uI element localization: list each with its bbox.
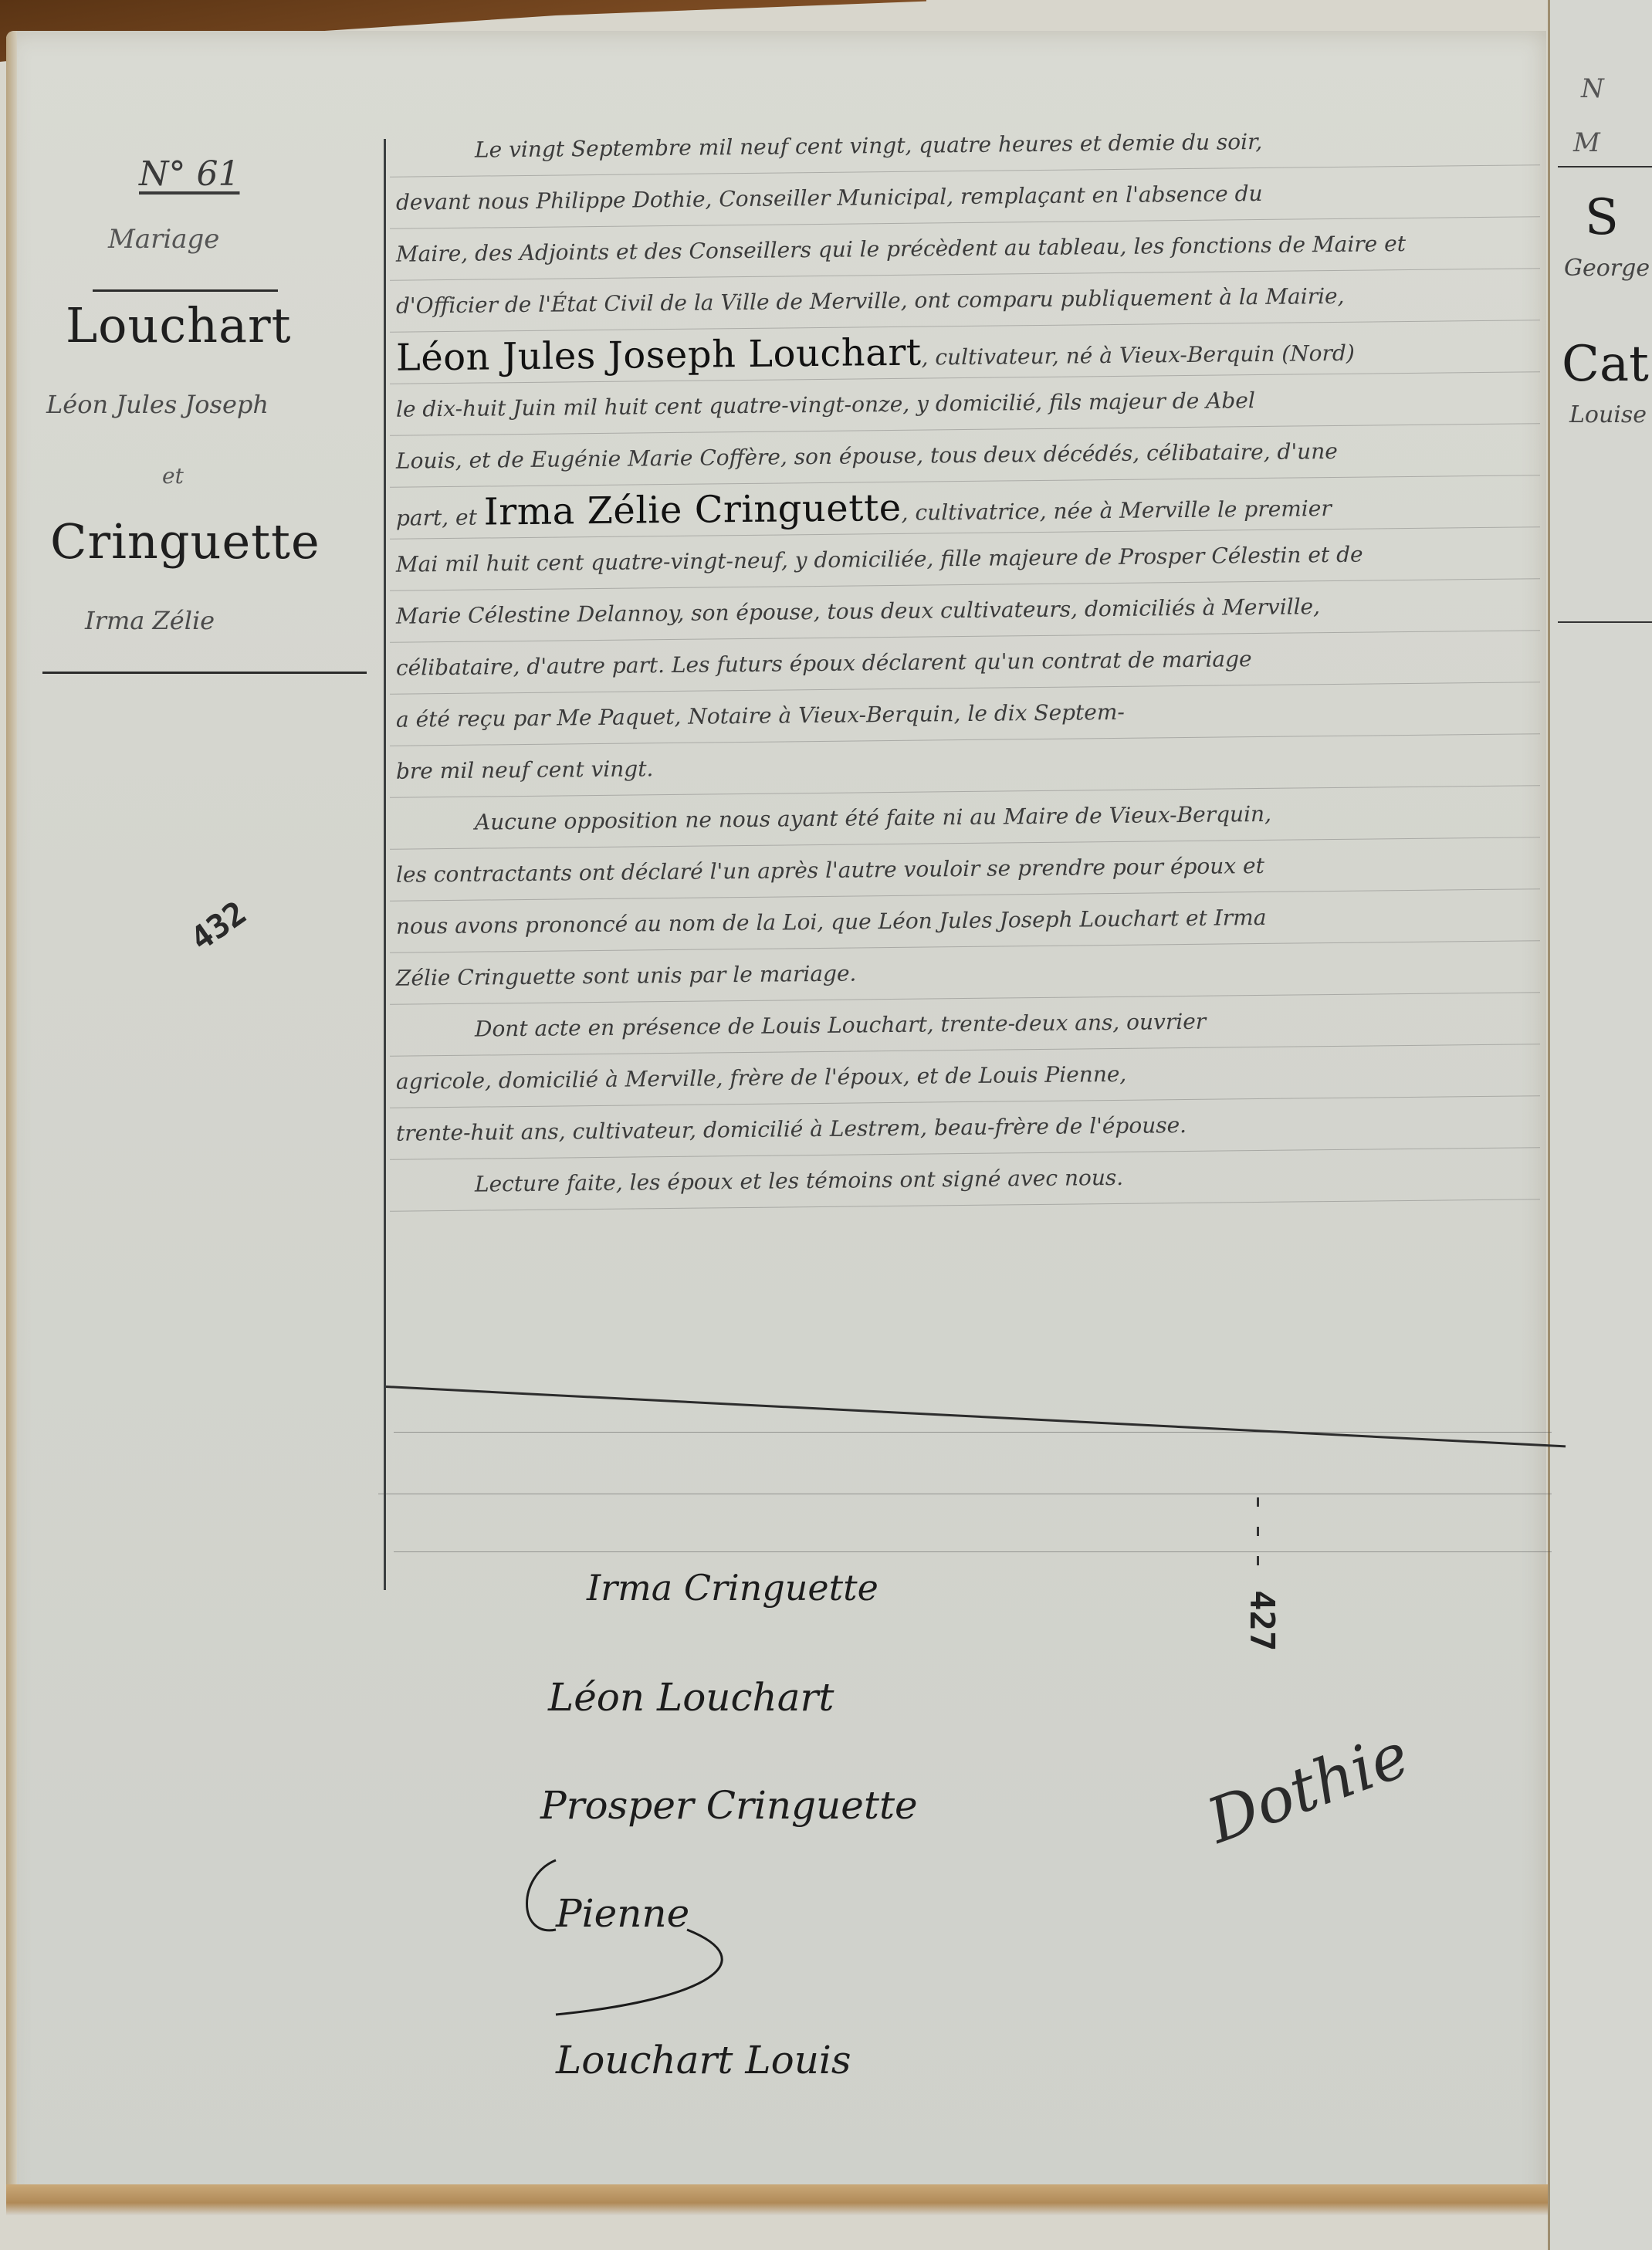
conjunction-et: et bbox=[162, 463, 184, 489]
signature-bride: Irma Cringuette bbox=[587, 1567, 878, 1609]
bride-details: , cultivatrice, née à Merville le premie… bbox=[902, 496, 1332, 526]
adjacent-given-fragment: George bbox=[1564, 255, 1650, 282]
entry-type: Mariage bbox=[108, 224, 219, 255]
adjacent-page-edge: N M S George Cat Louise bbox=[1548, 0, 1652, 2250]
bride-surname: Cringuette bbox=[50, 513, 320, 570]
adjacent-divider bbox=[1558, 166, 1652, 167]
groom-full-name: Léon Jules Joseph Louchart bbox=[396, 331, 922, 380]
bride-line-prefix: part, et bbox=[396, 505, 484, 531]
act-line: Lecture faite, les époux et les témoins … bbox=[390, 1148, 1540, 1212]
marriage-act-text: Le vingt Septembre mil neuf cent vingt, … bbox=[390, 120, 1540, 1206]
margin-divider-top bbox=[93, 289, 278, 292]
groom-details: , cultivateur, né à Vieux-Berquin (Nord) bbox=[922, 340, 1355, 370]
lower-stamp: 427 bbox=[1242, 1590, 1281, 1651]
ruled-line bbox=[394, 1551, 1552, 1552]
dashed-mark bbox=[1257, 1497, 1259, 1582]
adjacent-surname2-fragment: Cat bbox=[1562, 336, 1649, 393]
pienne-flourish-icon bbox=[509, 1845, 857, 2022]
adjacent-type-fragment: M bbox=[1573, 127, 1600, 158]
margin-divider-bottom bbox=[42, 672, 367, 674]
adjacent-number-fragment: N bbox=[1581, 73, 1604, 104]
signature-witness-louchart: Louchart Louis bbox=[556, 2038, 851, 2083]
groom-given-names: Léon Jules Joseph bbox=[46, 390, 269, 419]
entry-number: N° 61 bbox=[139, 154, 239, 194]
adjacent-surname-fragment: S bbox=[1585, 189, 1619, 246]
adjacent-divider-2 bbox=[1558, 621, 1652, 623]
adjacent-given2-fragment: Louise bbox=[1569, 401, 1647, 428]
signature-groom: Léon Louchart bbox=[548, 1675, 834, 1720]
margin-rule-vertical bbox=[384, 139, 386, 1590]
bride-given-names: Irma Zélie bbox=[85, 606, 215, 635]
ruled-line bbox=[394, 1432, 1552, 1433]
page-worn-bottom-edge bbox=[6, 2184, 1596, 2215]
bride-full-name: Irma Zélie Cringuette bbox=[484, 486, 902, 534]
ruled-line bbox=[378, 1494, 1552, 1494]
groom-surname: Louchart bbox=[66, 297, 292, 354]
signature-bride-father: Prosper Cringuette bbox=[540, 1783, 918, 1828]
